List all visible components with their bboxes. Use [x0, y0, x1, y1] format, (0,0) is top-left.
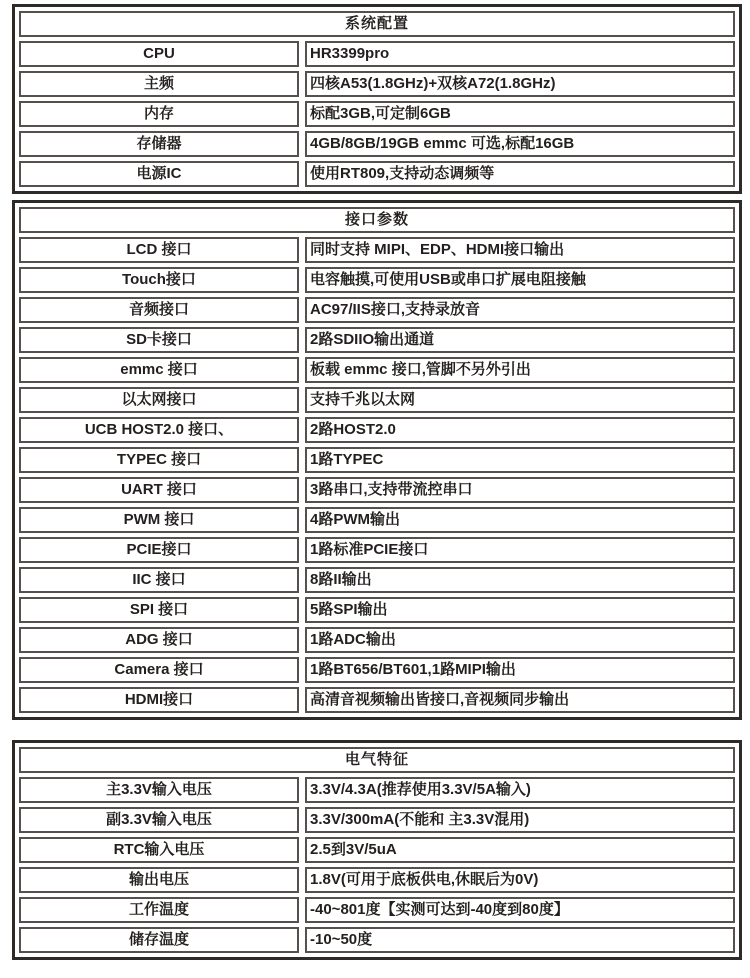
- spec-row-label: Touch接口: [19, 267, 299, 293]
- spec-row-value: 4路PWM输出: [305, 507, 735, 533]
- spec-table-row: Touch接口 电容触摸,可使用USB或串口扩展电阻接触: [19, 267, 735, 293]
- spec-table-row: 存储器 4GB/8GB/19GB emmc 可选,标配16GB: [19, 131, 735, 157]
- section-interface-params: 接口参数 LCD 接口 同时支持 MIPI、EDP、HDMI接口输出 Touch…: [12, 200, 742, 720]
- spec-row-value: 四核A53(1.8GHz)+双核A72(1.8GHz): [305, 71, 735, 97]
- spec-row-value: 1.8V(可用于底板供电,休眠后为0V): [305, 867, 735, 893]
- spec-table-row: SPI 接口 5路SPI输出: [19, 597, 735, 623]
- spec-row-value: HR3399pro: [305, 41, 735, 67]
- spec-row-label: 电源IC: [19, 161, 299, 187]
- spec-table-row: CPU HR3399pro: [19, 41, 735, 67]
- spec-row-label: CPU: [19, 41, 299, 67]
- spec-table-row: PCIE接口 1路标准PCIE接口: [19, 537, 735, 563]
- spec-row-label: 主频: [19, 71, 299, 97]
- spec-table-row: ADG 接口 1路ADC输出: [19, 627, 735, 653]
- spec-table-row: SD卡接口 2路SDIIO输出通道: [19, 327, 735, 353]
- section-rows-interface-params: LCD 接口 同时支持 MIPI、EDP、HDMI接口输出 Touch接口 电容…: [19, 237, 735, 713]
- spec-row-label: RTC输入电压: [19, 837, 299, 863]
- spec-table-row: 副3.3V输入电压 3.3V/300mA(不能和 主3.3V混用): [19, 807, 735, 833]
- spec-row-value: 支持千兆以太网: [305, 387, 735, 413]
- section-title-system-config: 系统配置: [19, 11, 735, 37]
- spec-table-row: UCB HOST2.0 接口、 2路HOST2.0: [19, 417, 735, 443]
- spec-table-row: PWM 接口 4路PWM输出: [19, 507, 735, 533]
- spec-row-value: 2.5到3V/5uA: [305, 837, 735, 863]
- spec-row-label: 存储器: [19, 131, 299, 157]
- spec-row-label: 主3.3V输入电压: [19, 777, 299, 803]
- spec-row-label: 音频接口: [19, 297, 299, 323]
- spec-row-label: TYPEC 接口: [19, 447, 299, 473]
- spec-row-label: SD卡接口: [19, 327, 299, 353]
- spec-sheet-page: 系统配置 CPU HR3399pro 主频 四核A53(1.8GHz)+双核A7…: [0, 0, 750, 978]
- spec-row-label: emmc 接口: [19, 357, 299, 383]
- spec-row-label: ADG 接口: [19, 627, 299, 653]
- spec-row-value: 1路ADC输出: [305, 627, 735, 653]
- spec-row-value: 3.3V/4.3A(推荐使用3.3V/5A输入): [305, 777, 735, 803]
- spec-table-row: 主频 四核A53(1.8GHz)+双核A72(1.8GHz): [19, 71, 735, 97]
- spec-row-value: 5路SPI输出: [305, 597, 735, 623]
- spec-table-row: 以太网接口 支持千兆以太网: [19, 387, 735, 413]
- spec-row-value: 3路串口,支持带流控串口: [305, 477, 735, 503]
- spec-row-label: 储存温度: [19, 927, 299, 953]
- spec-row-value: AC97/IIS接口,支持录放音: [305, 297, 735, 323]
- spec-row-value: 电容触摸,可使用USB或串口扩展电阻接触: [305, 267, 735, 293]
- spec-row-label: 副3.3V输入电压: [19, 807, 299, 833]
- spec-row-value: 高清音视频输出皆接口,音视频同步输出: [305, 687, 735, 713]
- spec-row-value: 同时支持 MIPI、EDP、HDMI接口输出: [305, 237, 735, 263]
- spec-table-row: 输出电压 1.8V(可用于底板供电,休眠后为0V): [19, 867, 735, 893]
- spec-table-row: Camera 接口 1路BT656/BT601,1路MIPI输出: [19, 657, 735, 683]
- spec-row-label: Camera 接口: [19, 657, 299, 683]
- spec-table-row: UART 接口 3路串口,支持带流控串口: [19, 477, 735, 503]
- spec-row-value: 8路II输出: [305, 567, 735, 593]
- section-electrical-characteristics: 电气特征 主3.3V输入电压 3.3V/4.3A(推荐使用3.3V/5A输入) …: [12, 740, 742, 960]
- spec-row-label: PWM 接口: [19, 507, 299, 533]
- spec-table-row: 音频接口 AC97/IIS接口,支持录放音: [19, 297, 735, 323]
- spec-table-row: 电源IC 使用RT809,支持动态调频等: [19, 161, 735, 187]
- section-rows-system-config: CPU HR3399pro 主频 四核A53(1.8GHz)+双核A72(1.8…: [19, 41, 735, 187]
- spec-row-value: 3.3V/300mA(不能和 主3.3V混用): [305, 807, 735, 833]
- spec-row-value: 标配3GB,可定制6GB: [305, 101, 735, 127]
- spec-table-row: 工作温度 -40~801度【实测可达到-40度到80度】: [19, 897, 735, 923]
- spec-table-row: RTC输入电压 2.5到3V/5uA: [19, 837, 735, 863]
- spec-row-label: PCIE接口: [19, 537, 299, 563]
- spec-row-value: -40~801度【实测可达到-40度到80度】: [305, 897, 735, 923]
- spec-row-value: 2路SDIIO输出通道: [305, 327, 735, 353]
- spec-table-row: TYPEC 接口 1路TYPEC: [19, 447, 735, 473]
- spec-table-row: 储存温度 -10~50度: [19, 927, 735, 953]
- spec-row-label: UART 接口: [19, 477, 299, 503]
- spec-row-label: LCD 接口: [19, 237, 299, 263]
- spec-table-row: LCD 接口 同时支持 MIPI、EDP、HDMI接口输出: [19, 237, 735, 263]
- spec-row-value: 4GB/8GB/19GB emmc 可选,标配16GB: [305, 131, 735, 157]
- spec-row-label: 以太网接口: [19, 387, 299, 413]
- spec-row-label: UCB HOST2.0 接口、: [19, 417, 299, 443]
- spec-row-value: -10~50度: [305, 927, 735, 953]
- section-rows-electrical-characteristics: 主3.3V输入电压 3.3V/4.3A(推荐使用3.3V/5A输入) 副3.3V…: [19, 777, 735, 953]
- spec-row-label: 工作温度: [19, 897, 299, 923]
- spec-row-value: 使用RT809,支持动态调频等: [305, 161, 735, 187]
- spec-table-row: 内存 标配3GB,可定制6GB: [19, 101, 735, 127]
- spec-row-label: IIC 接口: [19, 567, 299, 593]
- spec-row-label: HDMI接口: [19, 687, 299, 713]
- spec-table-row: emmc 接口 板载 emmc 接口,管脚不另外引出: [19, 357, 735, 383]
- spec-row-value: 2路HOST2.0: [305, 417, 735, 443]
- spec-table-row: IIC 接口 8路II输出: [19, 567, 735, 593]
- spec-row-value: 1路标准PCIE接口: [305, 537, 735, 563]
- spec-row-value: 1路TYPEC: [305, 447, 735, 473]
- spec-row-value: 1路BT656/BT601,1路MIPI输出: [305, 657, 735, 683]
- spec-row-value: 板载 emmc 接口,管脚不另外引出: [305, 357, 735, 383]
- section-system-config: 系统配置 CPU HR3399pro 主频 四核A53(1.8GHz)+双核A7…: [12, 4, 742, 194]
- spec-row-label: SPI 接口: [19, 597, 299, 623]
- spec-row-label: 输出电压: [19, 867, 299, 893]
- section-title-electrical-characteristics: 电气特征: [19, 747, 735, 773]
- spec-table-row: 主3.3V输入电压 3.3V/4.3A(推荐使用3.3V/5A输入): [19, 777, 735, 803]
- spec-row-label: 内存: [19, 101, 299, 127]
- section-title-interface-params: 接口参数: [19, 207, 735, 233]
- spec-table-row: HDMI接口 高清音视频输出皆接口,音视频同步输出: [19, 687, 735, 713]
